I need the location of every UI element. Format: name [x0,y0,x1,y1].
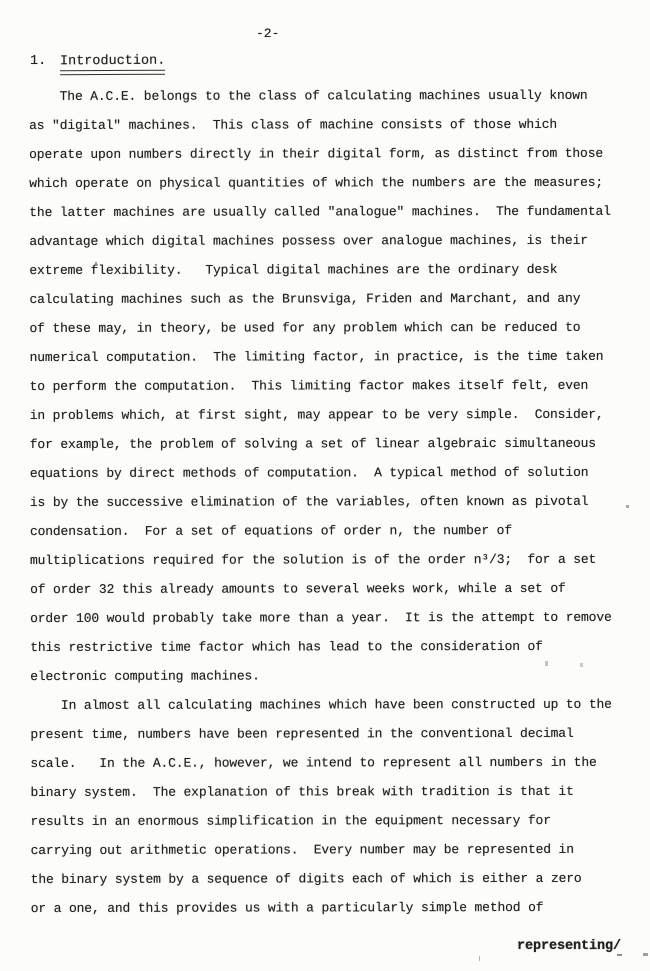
scan-speck [545,661,548,666]
body-line: of order 32 this already amounts to seve… [30,574,630,604]
scan-speck [479,956,480,961]
body-line: In almost all calculating machines which… [30,690,630,720]
body-line: The A.C.E. belongs to the class of calcu… [29,81,629,111]
body-line: this restrictive time factor which has l… [30,632,630,662]
body-line: present time, numbers have been represen… [30,719,630,749]
body-line: order 100 would probably take more than … [30,603,630,633]
scan-speck [626,505,629,508]
scan-speck [580,663,583,667]
body-line: binary system. The explanation of this b… [30,777,630,807]
body-line: scale. In the A.C.E., however, we intend… [30,748,630,778]
body-line: extreme flexibility. Typical digital mac… [29,255,629,285]
body-line: equations by direct methods of computati… [30,458,630,488]
body-line: condensation. For a set of equations of … [30,516,630,546]
scan-speck [95,262,97,264]
body-line: to perform the computation. This limitin… [30,371,630,401]
scanned-document-page: -2- 1.Introduction. The A.C.E. belongs t… [0,0,650,971]
body-line: carrying out arithmetic operations. Ever… [31,835,631,865]
body-line: is by the successive elimination of the … [30,487,630,517]
body-line: the latter machines are usually called "… [29,197,629,227]
section-title-underline: Introduction. [60,54,165,76]
body-line: the binary system by a sequence of digit… [31,864,631,894]
body-line: results in an enormous simplification in… [31,806,631,836]
catchword-representing: representing/ [517,939,621,954]
body-text: The A.C.E. belongs to the class of calcu… [29,81,631,923]
body-line: of these may, in theory, be used for any… [29,313,629,343]
body-line: advantage which digital machines possess… [29,226,629,256]
body-line: calculating machines such as the Brunsvi… [29,284,629,314]
body-line: for example, the problem of solving a se… [30,429,630,459]
scan-speck [617,954,622,956]
body-line: numerical computation. The limiting fact… [30,342,630,372]
page-number: -2- [256,26,279,41]
body-line: multiplications required for the solutio… [30,545,630,575]
body-line: electronic computing machines. [30,661,630,691]
body-line: or a one, and this provides us with a pa… [31,893,631,923]
body-line: operate upon numbers directly in their d… [29,139,629,169]
scan-speck [643,953,648,956]
body-line: which operate on physical quantities of … [29,168,629,198]
section-title: Introduction. [60,54,165,72]
body-line: as "digital" machines. This class of mac… [29,110,629,140]
body-line: in problems which, at first sight, may a… [30,400,630,430]
section-number: 1. [30,54,46,69]
